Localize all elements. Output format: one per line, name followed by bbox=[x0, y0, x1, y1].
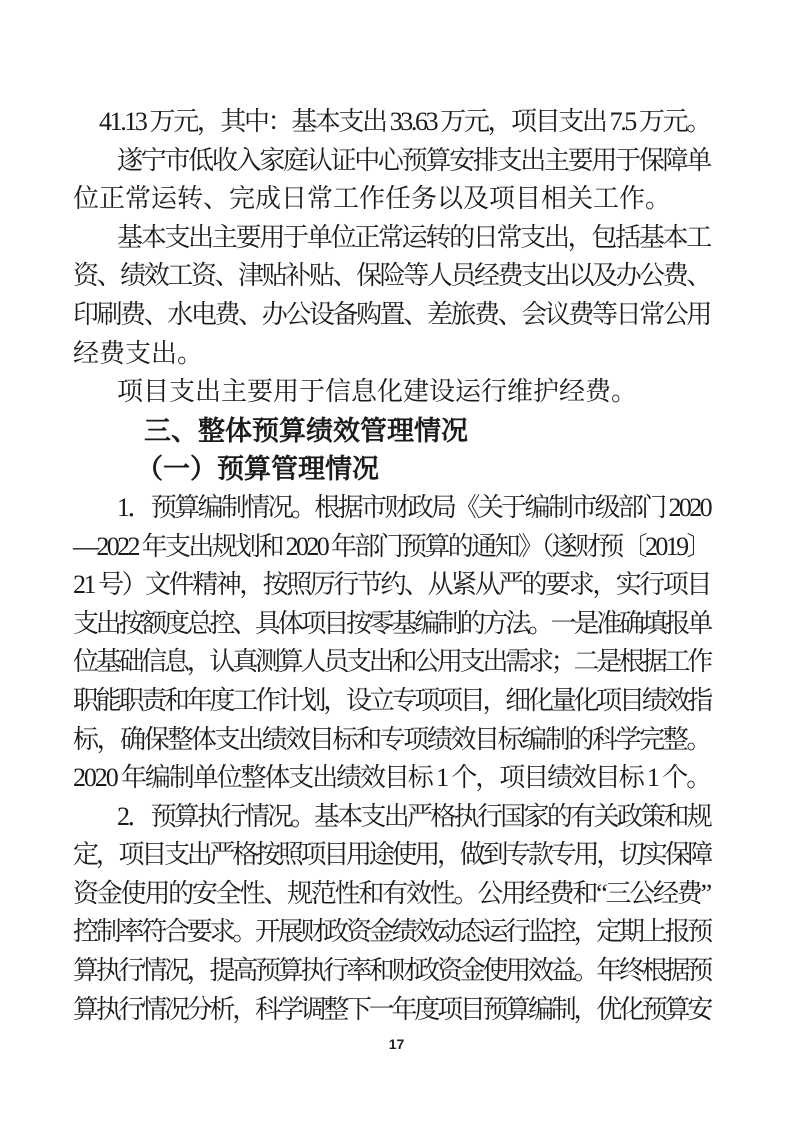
text-line: 2020 年编制单位整体支出绩效目标 1 个，项目绩效目标 1 个。 bbox=[73, 759, 710, 798]
text-line: 遂宁市低收入家庭认证中心预算安排支出主要用于保障单 bbox=[73, 142, 710, 181]
text-line: 基本支出主要用于单位正常运转的日常支出，包括基本工 bbox=[73, 219, 710, 258]
document-page: 41.13 万元，其中：基本支出 33.63 万元，项目支出 7.5 万元。 遂… bbox=[0, 0, 793, 1122]
text-line: 算执行情况，提高预算执行率和财政资金使用效益。年终根据预 bbox=[73, 952, 710, 991]
text-line: 定，项目支出严格按照项目用途使用，做到专款专用，切实保障 bbox=[73, 836, 710, 875]
text-line: 项目支出主要用于信息化建设运行维护经费。 bbox=[73, 373, 710, 412]
text-line: 支出按额度总控、具体项目按零基编制的方法。一是准确填报单 bbox=[73, 605, 710, 644]
page-footer: 17 bbox=[0, 1036, 793, 1054]
text-line: 41.13 万元，其中：基本支出 33.63 万元，项目支出 7.5 万元。 bbox=[73, 103, 710, 142]
page-number: 17 bbox=[389, 1036, 405, 1052]
text-line: 印刷费、水电费、办公设备购置、差旅费、会议费等日常公用 bbox=[73, 296, 710, 335]
text-line: 控制率符合要求。开展财政资金绩效动态运行监控，定期上报预 bbox=[73, 913, 710, 952]
text-line: 资金使用的安全性、规范性和有效性。公用经费和“三公经费” bbox=[73, 875, 710, 914]
text-line: 算执行情况分析，科学调整下一年度项目预算编制，优化预算安 bbox=[73, 991, 710, 1030]
text-line: 职能职责和年度工作计划，设立专项项目，细化量化项目绩效指 bbox=[73, 682, 710, 721]
text-line: 资、绩效工资、津贴补贴、保险等人员经费支出以及办公费、 bbox=[73, 257, 710, 296]
section-heading: 三、整体预算绩效管理情况 bbox=[73, 412, 710, 451]
subsection-heading: （一）预算管理情况 bbox=[73, 450, 710, 489]
text-line: 标，确保整体支出绩效目标和专项绩效目标编制的科学完整。 bbox=[73, 721, 710, 760]
document-content: 41.13 万元，其中：基本支出 33.63 万元，项目支出 7.5 万元。 遂… bbox=[73, 103, 710, 1029]
text-line: 1．预算编制情况。根据市财政局《关于编制市级部门 2020 bbox=[73, 489, 710, 528]
text-line: 位正常运转、完成日常工作任务以及项目相关工作。 bbox=[73, 180, 710, 219]
text-line: 经费支出。 bbox=[73, 335, 710, 374]
text-line: 2．预算执行情况。基本支出严格执行国家的有关政策和规 bbox=[73, 798, 710, 837]
text-line: 21 号）文件精神，按照厉行节约、从紧从严的要求，实行项目 bbox=[73, 566, 710, 605]
text-line: —2022 年支出规划和 2020 年部门预算的通知》（遂财预〔2019〕 bbox=[73, 528, 710, 567]
text-line: 位基础信息，认真测算人员支出和公用支出需求；二是根据工作 bbox=[73, 643, 710, 682]
